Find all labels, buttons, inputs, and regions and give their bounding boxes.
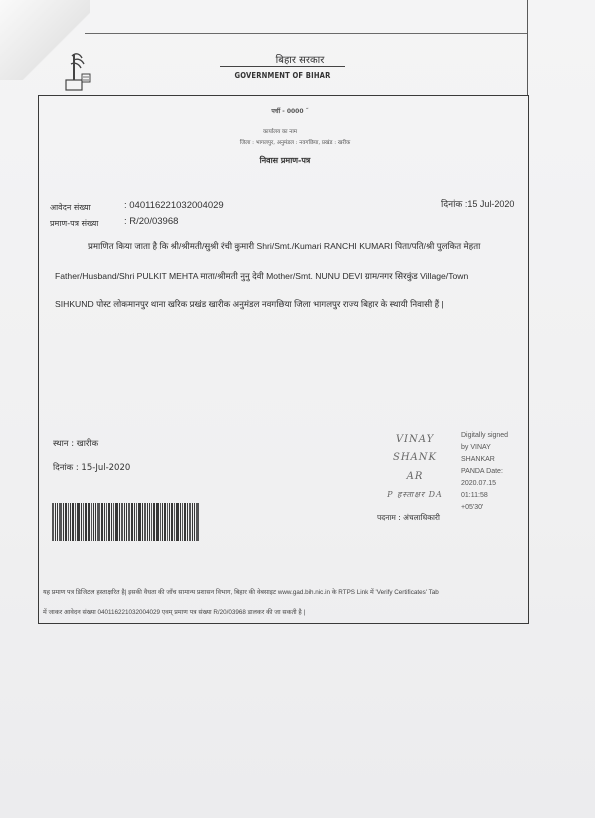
digital-sign-line: 2020.07.15 <box>461 478 526 490</box>
signature-script-line-1: VINAY <box>370 434 460 445</box>
header-right-rule <box>527 0 528 95</box>
application-number-value: : 040116221032004029 <box>124 200 224 211</box>
body-line-1: प्रमाणित किया जाता है कि श्री/श्रीमती/सु… <box>88 240 480 252</box>
district-line: जिला : भागलपुर, अनुमंडल : नवगछिया, प्रखं… <box>210 138 380 146</box>
body-line-2: Father/Husband/Shri PULKIT MEHTA माता/श्… <box>55 270 468 282</box>
designation: पदनाम : अंचलाधिकारी <box>377 513 440 523</box>
footer-verify-line-2: में जाकर आवेदन संख्या 040116221032004029… <box>43 607 305 616</box>
signature-script-line-4: P हस्ताक्षर DA <box>370 489 460 500</box>
govt-title-hindi: बिहार सरकार <box>240 52 360 66</box>
place-date-field: दिनांक : 15-Jul-2020 <box>53 462 130 473</box>
title-divider <box>220 66 345 67</box>
digital-sign-line: Digitally signed <box>461 430 526 442</box>
digital-sign-line: 01:11:58 <box>461 490 526 502</box>
signature-script-line-3: AR <box>370 471 460 482</box>
certificate-number-value: : R/20/03968 <box>124 216 178 227</box>
certificate-number-label: प्रमाण-पत्र संख्या <box>50 218 98 229</box>
barcode <box>52 503 232 541</box>
govt-title-english: GOVERNMENT OF BIHAR <box>229 71 335 80</box>
digital-sign-line: SHANKAR <box>461 454 526 466</box>
application-number-label: आवेदन संख्या <box>50 202 91 213</box>
issue-date: दिनांक :15 Jul-2020 <box>441 197 514 210</box>
digital-signature-block: Digitally signed by VINAY SHANKAR PANDA … <box>461 430 526 514</box>
signature-script-line-2: SHANK <box>370 452 460 463</box>
digital-sign-line: +05'30' <box>461 502 526 514</box>
certificate-border <box>38 95 529 624</box>
digital-sign-line: by VINAY <box>461 442 526 454</box>
header-top-rule <box>85 33 527 34</box>
bihar-emblem-icon <box>62 50 92 94</box>
scanned-document-page: बिहार सरकार GOVERNMENT OF BIHAR पर्ची - … <box>0 0 595 818</box>
office-name: कार्यालय का नाम <box>230 127 330 135</box>
footer-verify-line-1: यह प्रमाण पत्र डिजिटल हस्ताक्षरित है| इस… <box>43 587 439 596</box>
digital-sign-line: PANDA Date: <box>461 466 526 478</box>
parchi-number: पर्ची - 0000 ˝ <box>250 107 330 115</box>
body-line-3: SIHKUND पोस्ट लोकमानपुर थाना खरिक प्रखंड… <box>55 298 444 310</box>
place-field: स्थान : खारीक <box>53 438 98 449</box>
certificate-title: निवास प्रमाण-पत्र <box>230 155 340 166</box>
